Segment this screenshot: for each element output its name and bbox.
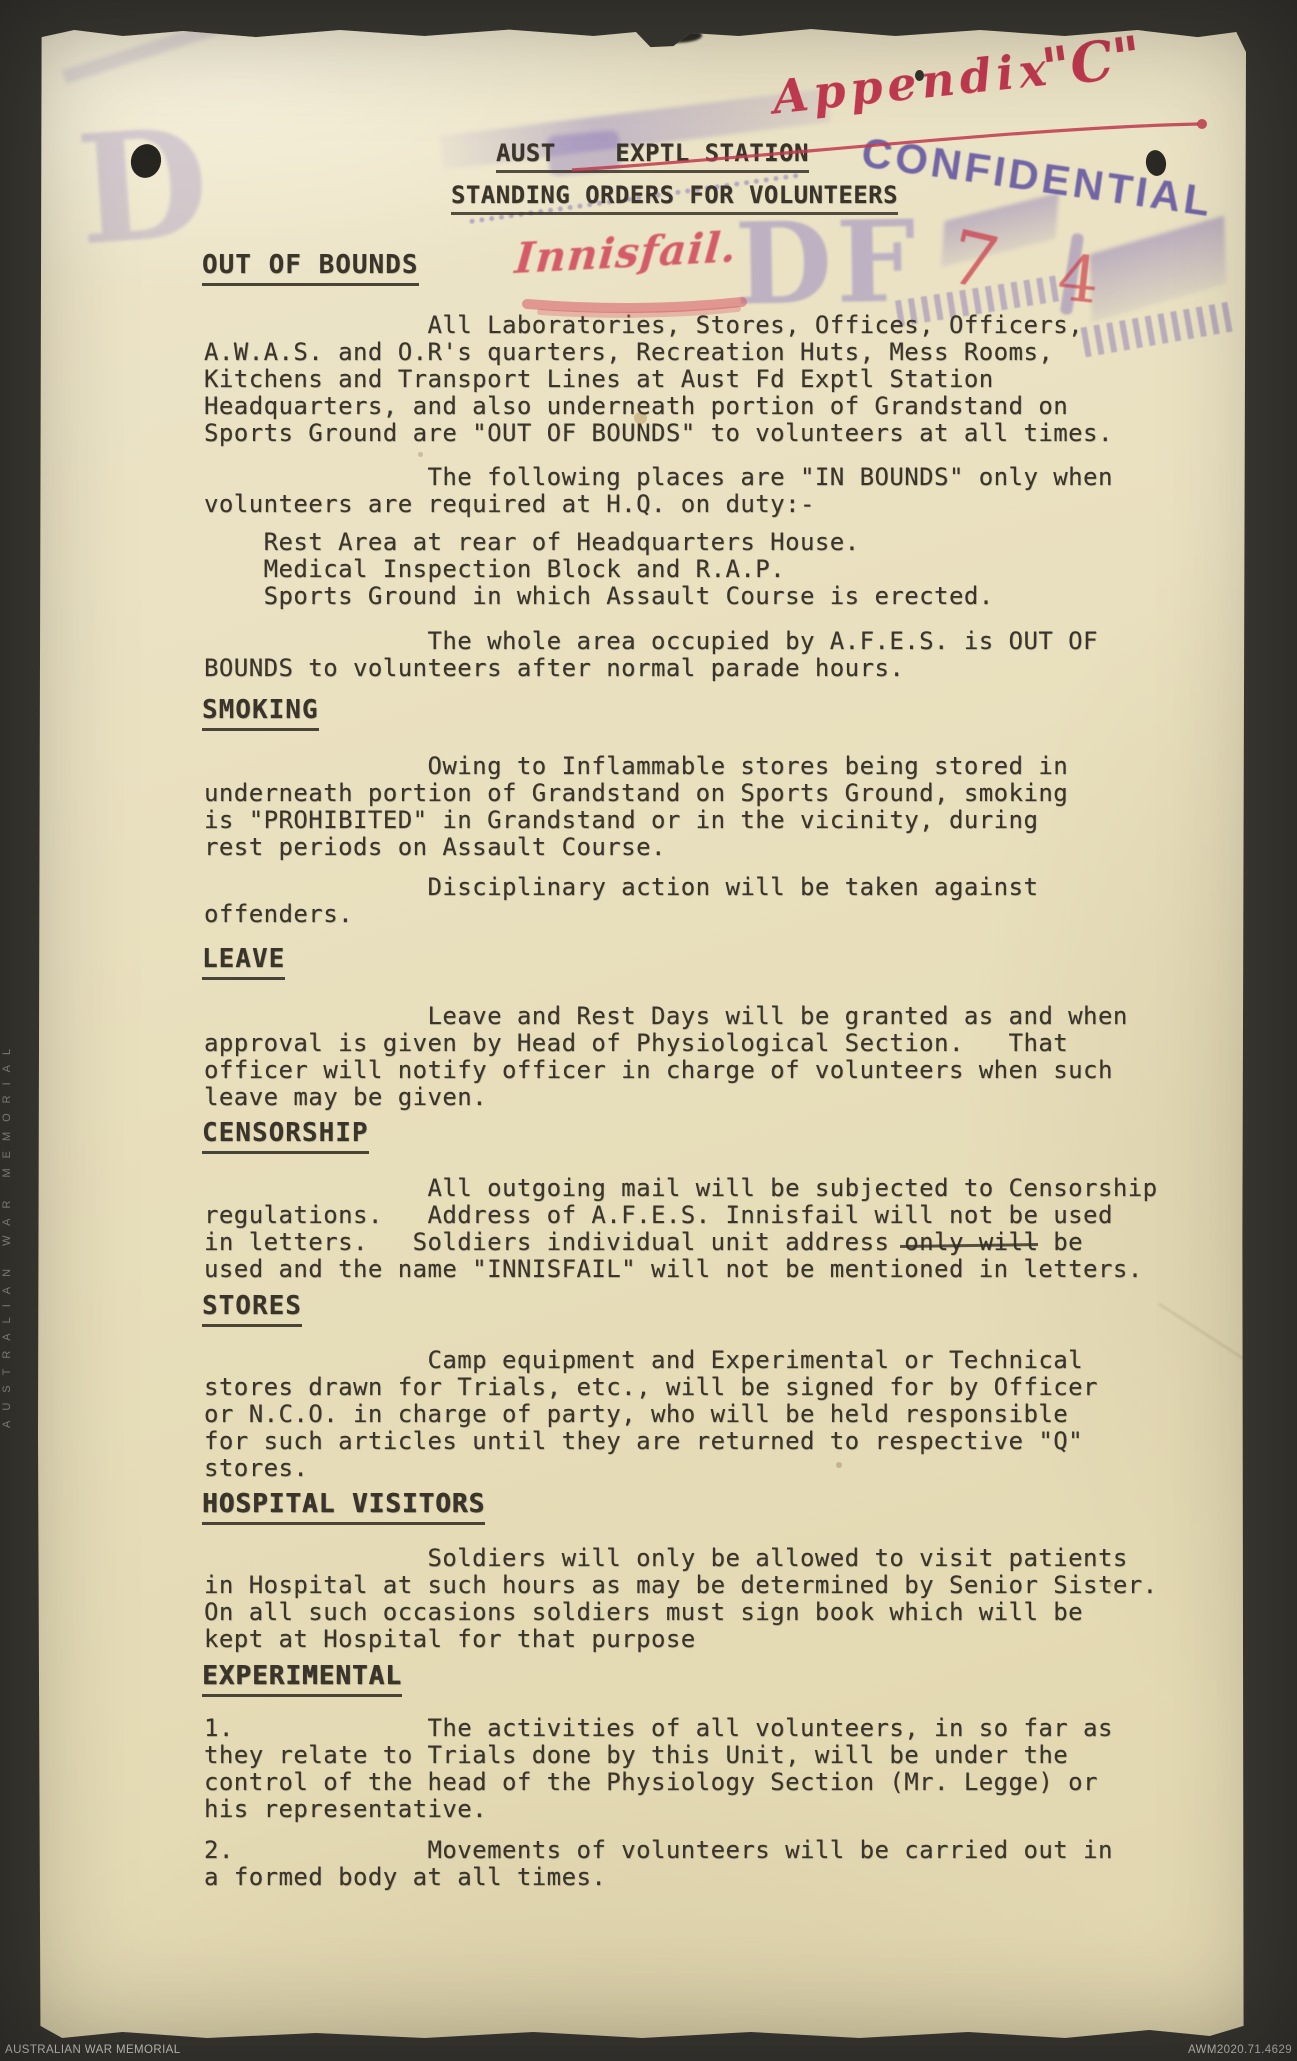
appendix-letter-annotation: "C" bbox=[1038, 26, 1145, 101]
paper: D AUST EXPTL STATION STANDING ORDERS FOR… bbox=[38, 26, 1246, 2038]
document-title-line1: AUST EXPTL STATION bbox=[496, 139, 809, 173]
paragraph-out-of-bounds-2: The following places are "IN BOUNDS" onl… bbox=[204, 464, 1113, 518]
accession-number: AWM2020.71.4629 bbox=[1188, 2044, 1292, 2056]
paragraph-experimental-2: 2. Movements of volunteers will be carri… bbox=[204, 1837, 1113, 1891]
paragraph-censorship: All outgoing mail will be subjected to C… bbox=[204, 1175, 1158, 1283]
ghost-stamp-letter: D bbox=[73, 108, 213, 267]
left-watermark: AUSTRALIAN WAR MEMORIAL bbox=[1, 888, 17, 1428]
paper-stain bbox=[418, 452, 423, 457]
edge-tear bbox=[648, 28, 702, 43]
torn-hole bbox=[127, 141, 165, 182]
paragraph-hospital-visitors: Soldiers will only be allowed to visit p… bbox=[204, 1545, 1158, 1653]
paragraph-smoking-2: Disciplinary action will be taken agains… bbox=[204, 874, 1038, 928]
paragraph-leave: Leave and Rest Days will be granted as a… bbox=[204, 1003, 1128, 1111]
page-mark-4: 4 bbox=[1055, 246, 1102, 314]
section-heading-stores: STORES bbox=[202, 1291, 302, 1327]
appendix-annotation: Appendix bbox=[770, 42, 1054, 125]
paper-crease bbox=[1158, 1303, 1246, 1419]
ghost-stamp-smudge bbox=[62, 26, 228, 84]
paragraph-stores: Camp equipment and Experimental or Techn… bbox=[204, 1347, 1098, 1482]
section-heading-censorship: CENSORSHIP bbox=[202, 1118, 369, 1154]
df-ghost-stamp: DF bbox=[734, 206, 921, 321]
section-heading-smoking: SMOKING bbox=[202, 695, 319, 731]
paper-speck bbox=[915, 70, 924, 81]
section-heading-leave: LEAVE bbox=[202, 944, 285, 980]
scan-photo-mat: D AUST EXPTL STATION STANDING ORDERS FOR… bbox=[0, 0, 1297, 2061]
paragraph-smoking-1: Owing to Inflammable stores being stored… bbox=[204, 753, 1068, 861]
paragraph-out-of-bounds-1: All Laboratories, Stores, Offices, Offic… bbox=[204, 312, 1113, 447]
section-heading-hospital-visitors: HOSPITAL VISITORS bbox=[202, 1489, 485, 1525]
paragraph-experimental-1: 1. The activities of all volunteers, in … bbox=[204, 1715, 1113, 1823]
ghost-stamp-smudge bbox=[1090, 216, 1227, 323]
section-heading-experimental: EXPERIMENTAL bbox=[202, 1661, 402, 1697]
innisfail-annotation: Innisfail. bbox=[513, 222, 739, 283]
archive-credit: AUSTRALIAN WAR MEMORIAL bbox=[5, 2044, 181, 2056]
page-mark-7: 7 bbox=[942, 220, 1005, 303]
section-heading-out-of-bounds: OUT OF BOUNDS bbox=[202, 250, 419, 286]
list-in-bounds-places: Rest Area at rear of Headquarters House.… bbox=[204, 529, 994, 610]
paragraph-out-of-bounds-3: The whole area occupied by A.F.E.S. is O… bbox=[204, 628, 1098, 682]
